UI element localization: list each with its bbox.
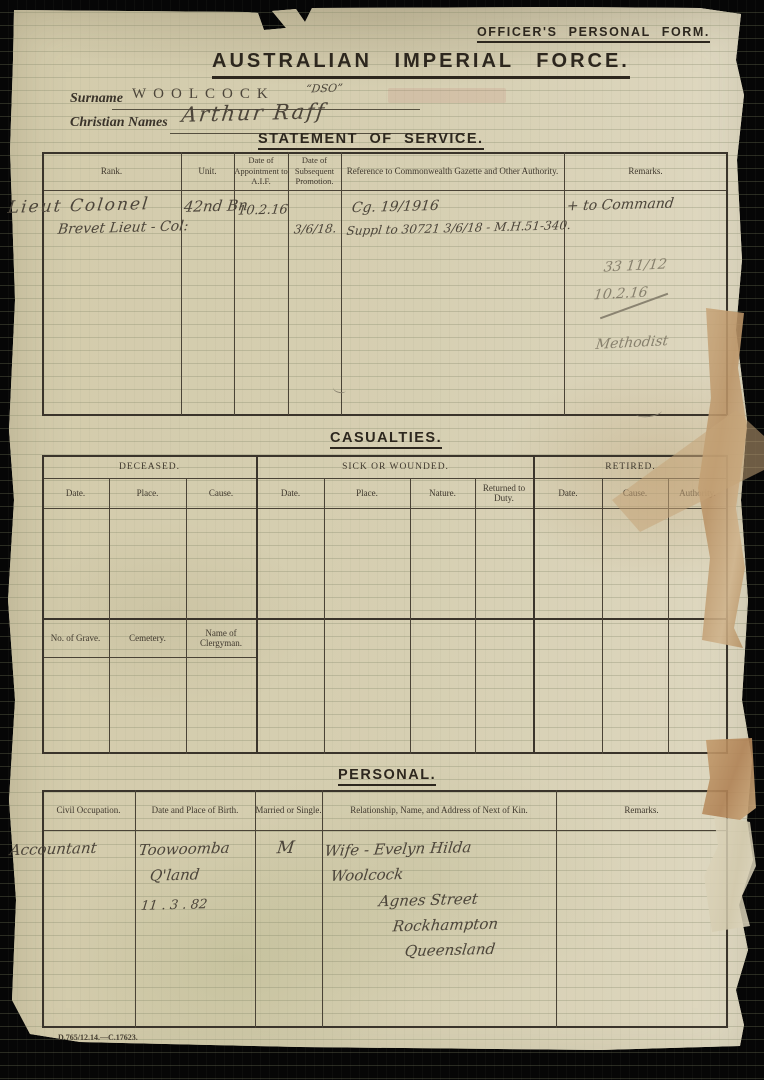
- entry-nok-3: Agnes Street: [378, 890, 479, 911]
- col-header-remarks: Remarks.: [564, 153, 727, 189]
- table-line: [42, 618, 727, 620]
- col-header-deceased-cause: Cause.: [186, 479, 256, 507]
- col-header-deceased-date: Date.: [42, 479, 109, 507]
- col-header-deceased-place: Place.: [109, 479, 186, 507]
- col-header-date-promotion: Date of Subsequent Promotion.: [288, 153, 341, 189]
- entry-married: M: [276, 838, 296, 858]
- entry-birth-place-1: Toowoomba: [138, 839, 231, 859]
- entry-nok-4: Rockhampton: [392, 915, 499, 936]
- table-line: [42, 414, 727, 416]
- group-header-deceased: DECEASED.: [42, 457, 257, 477]
- table-line: [42, 152, 44, 415]
- entry-nok-5: Queensland: [404, 940, 496, 960]
- col-header-married: Married or Single.: [255, 792, 322, 828]
- faded-stamp: [388, 88, 506, 103]
- surname-note: “DSO”: [305, 82, 343, 96]
- entry-appointment-1: 10.2.16: [237, 202, 289, 218]
- form-number: D.765/12.14.—C.17623.: [58, 1033, 138, 1042]
- col-header-date-appointment: Date of Appointment to A.I.F.: [234, 153, 288, 189]
- table-line: [186, 478, 187, 754]
- col-header-sick-nature: Nature.: [410, 479, 475, 507]
- entry-birth-place-2: Q'land: [149, 865, 201, 884]
- casualties-heading: CASUALTIES.: [330, 430, 442, 449]
- entry-occupation: Accountant: [9, 839, 98, 859]
- scanned-form-photo: OFFICER'S PERSONAL FORM. AUSTRALIAN IMPE…: [0, 0, 764, 1080]
- table-line: [668, 478, 669, 754]
- table-line: [42, 752, 727, 754]
- entry-remarks-1: + to Command: [566, 196, 675, 215]
- col-header-gazette: Reference to Commonwealth Gazette and Ot…: [341, 153, 564, 189]
- personal-heading: PERSONAL.: [338, 767, 436, 786]
- table-line: [324, 478, 325, 754]
- col-header-sick-date: Date.: [257, 479, 324, 507]
- entry-birth-date: 11 . 3 . 82: [140, 897, 208, 914]
- table-line: [234, 152, 235, 415]
- corner-form-label: OFFICER'S PERSONAL FORM.: [477, 25, 710, 43]
- table-line: [42, 1026, 727, 1028]
- col-header-cemetery: Cemetery.: [109, 621, 186, 655]
- table-line: [42, 657, 257, 658]
- christian-names-value: Arthur Raff: [180, 99, 327, 127]
- pencil-note-2: 10.2.16: [593, 285, 649, 304]
- table-line: [410, 478, 411, 754]
- statement-heading: STATEMENT OF SERVICE.: [258, 131, 484, 150]
- col-header-rank: Rank.: [42, 153, 181, 189]
- col-header-clergyman: Name of Clergyman.: [186, 621, 256, 655]
- col-header-sick-returned: Returned to Duty.: [475, 479, 533, 507]
- table-line: [602, 478, 603, 754]
- group-header-sick: SICK OR WOUNDED.: [257, 457, 534, 477]
- entry-promotion-2: 3/6/18.: [293, 221, 337, 236]
- entry-rank-1: Lieut Colonel: [7, 194, 151, 218]
- page-title: AUSTRALIAN IMPERIAL FORCE.: [212, 50, 630, 79]
- table-line: [42, 830, 727, 831]
- surname-label: Surname: [70, 91, 123, 107]
- col-header-next-of-kin: Relationship, Name, and Address of Next …: [322, 792, 556, 828]
- col-header-personal-remarks: Remarks.: [556, 792, 727, 828]
- pencil-note-1: 33 11/12: [603, 256, 668, 275]
- table-line: [42, 190, 727, 191]
- table-line: [109, 478, 110, 754]
- table-line: [341, 152, 342, 415]
- col-header-grave-number: No. of Grave.: [42, 621, 109, 655]
- col-header-retired-date: Date.: [534, 479, 602, 507]
- col-header-sick-place: Place.: [324, 479, 410, 507]
- table-line: [288, 152, 289, 415]
- table-line: [475, 478, 476, 754]
- table-line: [564, 152, 565, 415]
- entry-gazette-1: Cg. 19/1916: [351, 198, 440, 216]
- col-header-occupation: Civil Occupation.: [42, 792, 135, 828]
- table-line: [181, 152, 182, 415]
- christian-names-label: Christian Names: [70, 115, 168, 131]
- col-header-birth: Date and Place of Birth.: [135, 792, 255, 828]
- entry-nok-2: Woolcock: [330, 865, 404, 885]
- col-header-unit: Unit.: [181, 153, 234, 189]
